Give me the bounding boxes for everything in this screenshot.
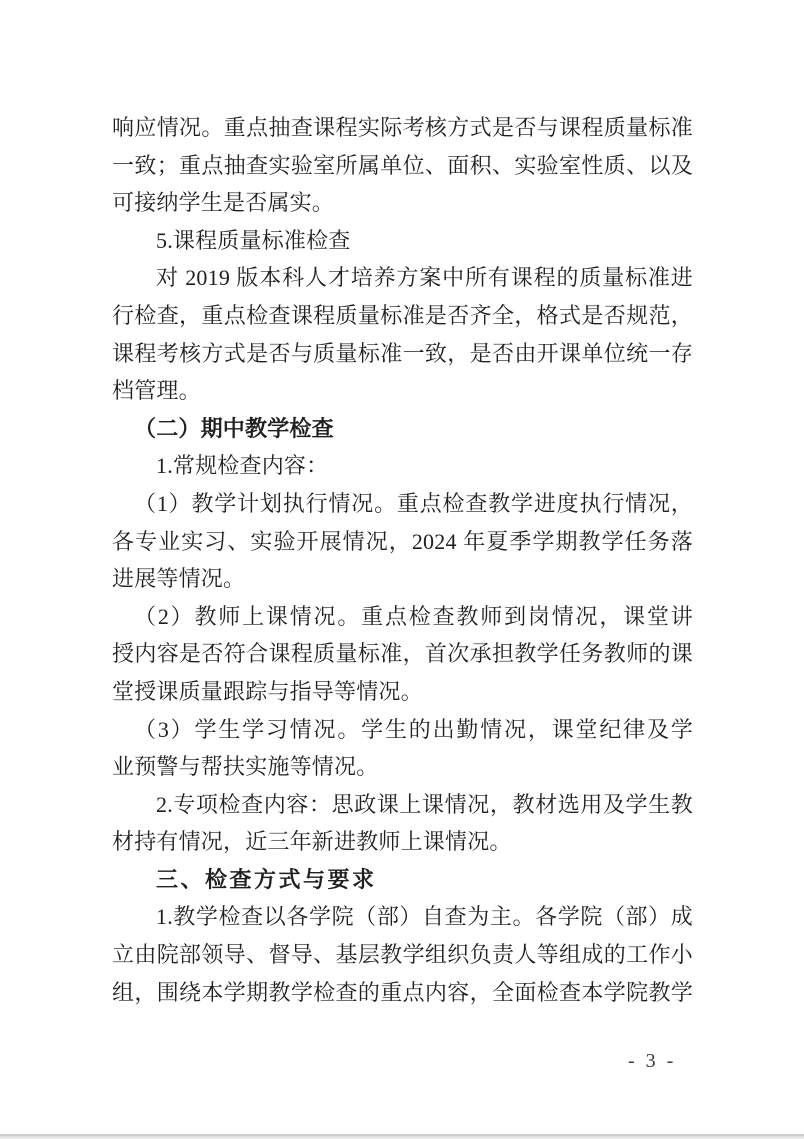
text-line: 可接纳学生是否属实。 [112, 184, 693, 222]
text-line: 材持有情况，近三年新进教师上课情况。 [112, 823, 693, 861]
text-line: 一致；重点抽查实验室所属单位、面积、实验室性质、以及 [112, 147, 693, 185]
text-line: 课程考核方式是否与质量标准一致，是否由开课单位统一存 [112, 335, 693, 373]
text-line: 进展等情况。 [112, 560, 693, 598]
text-line: 三、检查方式与要求 [112, 861, 693, 899]
text-line: 各专业实习、实验开展情况，2024 年夏季学期教学任务落实 [112, 523, 693, 561]
text-line: 2.专项检查内容：思政课上课情况，教材选用及学生教 [112, 786, 693, 824]
document-text: 响应情况。重点抽查课程实际考核方式是否与课程质量标准一致；重点抽查实验室所属单位… [112, 109, 693, 1011]
text-line: （二）期中教学检查 [112, 410, 693, 448]
text-line: 授内容是否符合课程质量标准，首次承担教学任务教师的课 [112, 635, 693, 673]
text-line: 档管理。 [112, 372, 693, 410]
text-line: 1.常规检查内容： [112, 447, 693, 485]
text-line: 1.教学检查以各学院（部）自查为主。各学院（部）成 [112, 898, 693, 936]
text-line: （3）学生学习情况。学生的出勤情况，课堂纪律及学 [112, 711, 693, 749]
text-line: 组，围绕本学期教学检查的重点内容，全面检查本学院教学 [112, 974, 693, 1012]
text-line: （1）教学计划执行情况。重点检查教学进度执行情况， [112, 485, 693, 523]
text-line: （2）教师上课情况。重点检查教师到岗情况，课堂讲 [112, 598, 693, 636]
page-number: - 3 - [628, 1050, 676, 1073]
text-line: 业预警与帮扶实施等情况。 [112, 748, 693, 786]
document-page: 响应情况。重点抽查课程实际考核方式是否与课程质量标准一致；重点抽查实验室所属单位… [0, 0, 804, 1139]
text-line: 立由院部领导、督导、基层教学组织负责人等组成的工作小 [112, 936, 693, 974]
text-line: 堂授课质量跟踪与指导等情况。 [112, 673, 693, 711]
text-line: 5.课程质量标准检查 [112, 222, 693, 260]
text-line: 行检查，重点检查课程质量标准是否齐全，格式是否规范， [112, 297, 693, 335]
text-line: 响应情况。重点抽查课程实际考核方式是否与课程质量标准 [112, 109, 693, 147]
text-line: 对 2019 版本科人才培养方案中所有课程的质量标准进 [112, 259, 693, 297]
page-bottom-edge [0, 1134, 804, 1139]
